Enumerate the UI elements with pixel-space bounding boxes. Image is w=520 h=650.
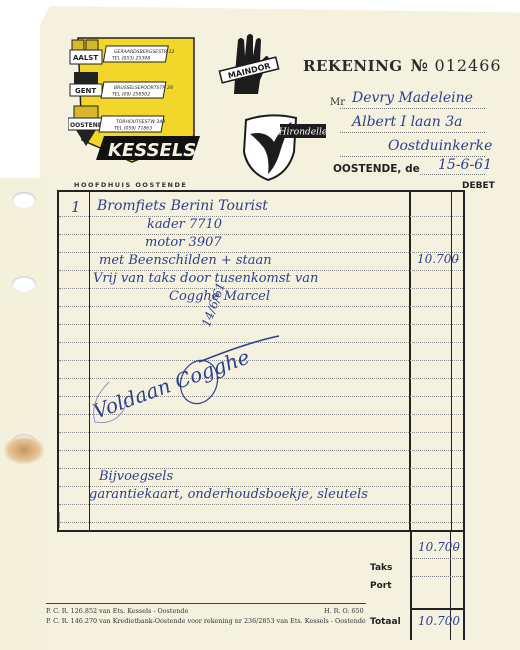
customer-name: Devry Madeleine [352,90,473,106]
item-description: Bromfiets Berini Tourist [97,198,268,214]
customer-street: Albert I laan 3a [352,114,462,130]
invoice-number: 012466 [435,56,502,75]
invoice-items-table: 1 Bromfiets Berini Tourist kader 7710 mo… [57,190,465,532]
item-frame-number: kader 7710 [147,217,222,232]
item-cents: - [455,252,459,266]
ruled-line [59,450,463,451]
total-amount: 10.700 [418,614,460,628]
cents-column-divider [451,192,452,530]
item-engine-number: motor 3907 [145,235,222,250]
svg-text:Hirondelle: Hirondelle [278,128,327,138]
total-label: Totaal [370,617,401,627]
svg-text:KESSELS: KESSELS [108,140,196,161]
ruled-line [59,432,463,433]
footer-bank-account: P. C. R. 146.270 van Kredietbank-Oostend… [46,617,366,625]
svg-text:TEL (053) 25398: TEL (053) 25398 [112,56,150,62]
tax-label: Taks [370,563,392,573]
ruled-line [59,522,463,523]
ruled-line [59,216,463,217]
svg-text:AALST: AALST [73,54,98,62]
ruled-line [59,234,463,235]
svg-text:BRUSSELSEPOORTSTR 28: BRUSSELSEPOORTSTR 28 [114,85,173,91]
customer-city: Oostduinkerke [388,138,492,154]
ruled-line [59,306,463,307]
place-label: OOSTENDE, de [333,163,420,175]
footer-rule [46,603,366,604]
perforated-edge [0,178,46,650]
printer-mark [59,512,66,528]
item-accessories: met Beenschilden + staan [99,253,272,268]
ruled-line [59,504,463,505]
punch-hole [12,192,36,208]
paper-stain [4,436,44,464]
svg-text:TEL (059) 71863: TEL (059) 71863 [114,126,152,132]
tax-exemption-note: Vrij van taks door tusenkomst van [93,271,318,286]
kessels-logo-icon: AALST GENT OOSTENDE GERAARDSBERGSESTR 12… [68,36,202,164]
debet-column-header: DEBET [462,181,495,191]
amount-column-divider [409,192,411,530]
svg-text:GENT: GENT [75,87,96,95]
invoice-title: REKENING№012466 [303,56,502,75]
extras-list: garantiekaart, onderhoudsboekje, sleutel… [89,487,368,502]
footer-registry-number: H. R. O. 650 [324,607,364,615]
signature-flourish-icon [79,322,299,432]
item-amount: 10.700 [417,252,459,266]
address-line [340,108,485,109]
punch-hole [12,276,36,292]
hirondelle-swallow-logo-icon: Hirondelle [240,112,330,182]
svg-text:TEL (09) 258502: TEL (09) 258502 [112,92,150,98]
footer-postal-account: P. C. R. 126.852 van Ets. Kessels - Oost… [46,607,188,615]
item-quantity: 1 [71,198,81,216]
date-line [420,174,485,175]
salutation-label: Mr [330,97,345,108]
invoice-date: 15-6-61 [438,157,492,173]
extras-label: Bijvoegsels [99,469,173,484]
ruled-line [412,576,463,577]
subtotal-cents: - [454,540,458,554]
shipping-label: Port [370,581,392,591]
svg-text:TORHOUTSESTW 349: TORHOUTSESTW 349 [116,119,165,125]
invoice-title-label: REKENING [303,57,403,75]
maindor-hand-logo-icon: MAINDOR [214,32,284,102]
address-line [340,132,485,133]
number-symbol: № [411,56,429,75]
ruled-line [412,558,463,559]
total-separator [412,608,463,610]
head-office-label: HOOFDHUIS OOSTENDE [74,181,187,189]
svg-text:GERAARDSBERGSESTR 12: GERAARDSBERGSESTR 12 [114,49,175,55]
